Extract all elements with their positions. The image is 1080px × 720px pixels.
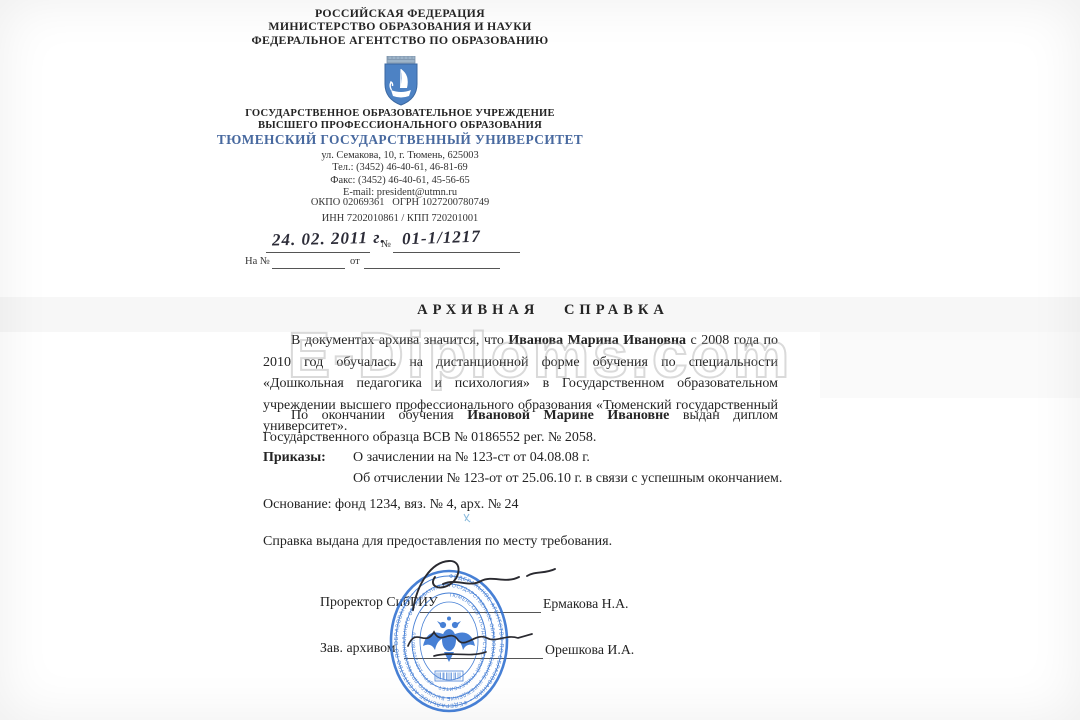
number-sign-label: № xyxy=(381,239,391,250)
basis-line: Основание: фонд 1234, вяз. № 4, арх. № 2… xyxy=(263,494,519,516)
body-paragraph-2: По окончании обучения Ивановой Марине Ив… xyxy=(263,405,778,448)
letterhead-phone: Тел.: (3452) 46-40-61, 46-81-69 xyxy=(160,162,640,174)
incoming-number-label: На № xyxy=(245,256,270,267)
scan-shading-band xyxy=(820,332,1080,398)
handwritten-date: 24. 02. 2011 г. xyxy=(272,228,386,251)
student-name-dative: Ивановой Марине Ивановне xyxy=(467,408,669,423)
orders-label: Приказы: xyxy=(263,447,326,469)
scanned-document-page: РОССИЙСКАЯ ФЕДЕРАЦИЯ МИНИСТЕРСТВО ОБРАЗО… xyxy=(0,0,1080,720)
student-name: Иванова Марина Ивановна xyxy=(508,333,686,348)
stamp-barcode xyxy=(435,671,463,681)
document-title: АРХИВНАЯ СПРАВКА xyxy=(263,302,823,319)
letterhead-institution-block: ГОСУДАРСТВЕННОЕ ОБРАЗОВАТЕЛЬНОЕ УЧРЕЖДЕН… xyxy=(160,108,640,146)
order-expulsion: Об отчислении № 123-от от 25.06.10 г. в … xyxy=(353,468,782,490)
issued-for-line: Справка выдана для предоставления по мес… xyxy=(263,531,612,553)
handwritten-outgoing-number: 01-1/1217 xyxy=(402,227,482,250)
handwritten-signature-ermakova xyxy=(395,552,560,622)
incoming-date-label: от xyxy=(350,256,360,267)
letterhead-country: РОССИЙСКАЯ ФЕДЕРАЦИЯ xyxy=(160,7,640,20)
tyumen-coat-of-arms-icon xyxy=(382,56,420,106)
letterhead-address: ул. Семакова, 10, г. Тюмень, 625003 xyxy=(160,150,640,162)
incoming-number-underline xyxy=(272,267,345,269)
pen-mark xyxy=(461,511,473,523)
letterhead-inn-kpp: ИНН 7202010861 / КПП 720201001 xyxy=(160,213,640,224)
number-underline xyxy=(393,251,520,253)
letterhead-contacts-block: ул. Семакова, 10, г. Тюмень, 625003 Тел.… xyxy=(160,150,640,200)
date-underline xyxy=(266,251,370,253)
letterhead-okpo-ogrn: ОКПО 02069361 ОГРН 1027200780749 xyxy=(160,197,640,208)
letterhead-agency: ФЕДЕРАЛЬНОЕ АГЕНТСТВО ПО ОБРАЗОВАНИЮ xyxy=(160,34,640,47)
institution-type-line2: ВЫСШЕГО ПРОФЕССИОНАЛЬНОГО ОБРАЗОВАНИЯ xyxy=(160,120,640,132)
p2-text-before: По окончании обучения xyxy=(291,408,467,423)
signatory-name-oreshkova: Орешкова И.А. xyxy=(545,642,634,658)
letterhead-government-header: РОССИЙСКАЯ ФЕДЕРАЦИЯ МИНИСТЕРСТВО ОБРАЗО… xyxy=(160,7,640,47)
university-name: ТЮМЕНСКИЙ ГОСУДАРСТВЕННЫЙ УНИВЕРСИТЕТ xyxy=(160,134,640,146)
order-enrollment: О зачислении на № 123-ст от 04.08.08 г. xyxy=(353,447,590,469)
handwritten-signature-oreshkova xyxy=(400,620,545,665)
letterhead-ministry: МИНИСТЕРСТВО ОБРАЗОВАНИЯ И НАУКИ xyxy=(160,20,640,33)
signature-title-archivist: Зав. архивом xyxy=(320,640,396,656)
letterhead-fax: Факс: (3452) 46-40-61, 45-56-65 xyxy=(160,175,640,187)
incoming-date-underline xyxy=(364,267,500,269)
p1-text-before: В документах архива значится, что xyxy=(291,333,508,348)
institution-type-line1: ГОСУДАРСТВЕННОЕ ОБРАЗОВАТЕЛЬНОЕ УЧРЕЖДЕН… xyxy=(160,108,640,120)
